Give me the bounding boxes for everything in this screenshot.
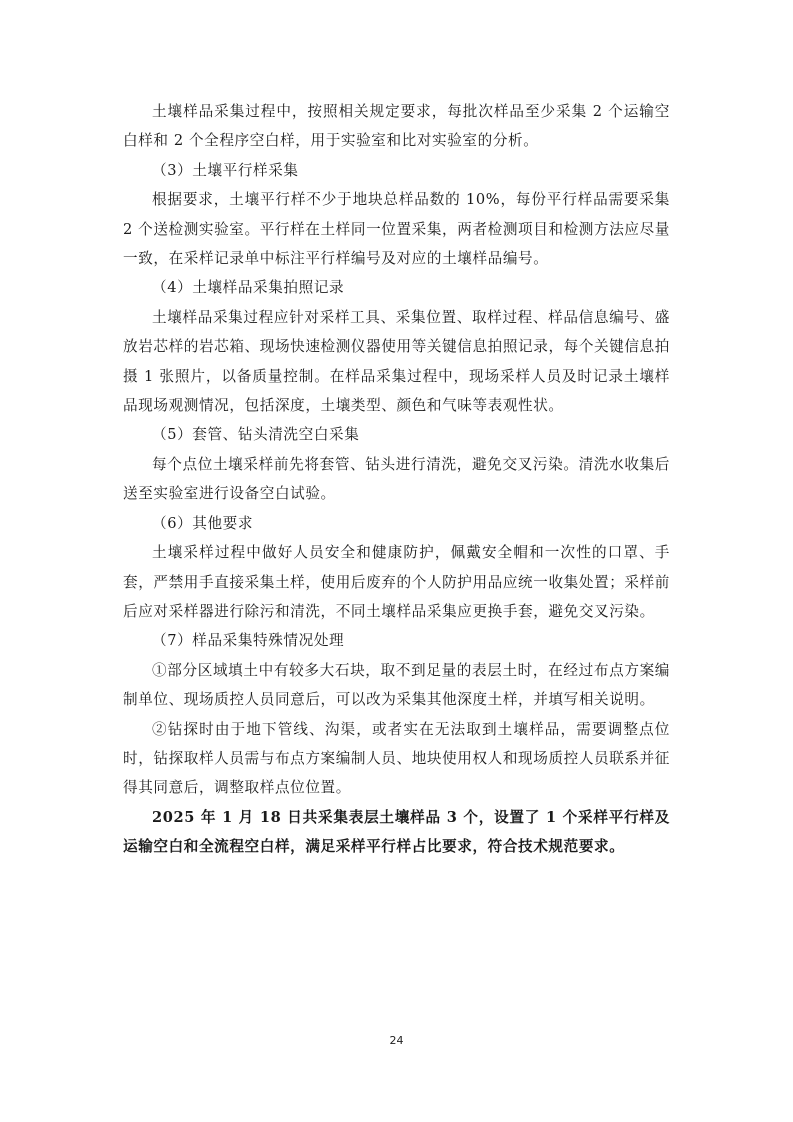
paragraph-parallel-samples: 根据要求，土壤平行样不少于地块总样品数的 10%，每份平行样品需要采集 2 个送… [123, 185, 670, 273]
page-number: 24 [0, 1034, 793, 1047]
heading-photo-records: （4）土壤样品采集拍照记录 [123, 273, 670, 302]
heading-special-cases: （7）样品采集特殊情况处理 [123, 626, 670, 655]
heading-parallel-samples: （3）土壤平行样采集 [123, 156, 670, 185]
paragraph-photo-records: 土壤样品采集过程应针对采样工具、采集位置、取样过程、样品信息编号、盛放岩芯样的岩… [123, 303, 670, 421]
paragraph-casing-cleaning: 每个点位土壤采样前先将套管、钻头进行清洗，避免交叉污染。清洗水收集后送至实验室进… [123, 450, 670, 509]
heading-casing-cleaning: （5）套管、钻头清洗空白采集 [123, 420, 670, 449]
paragraph-other-requirements: 土壤采样过程中做好人员安全和健康防护，佩戴安全帽和一次性的口罩、手套，严禁用手直… [123, 538, 670, 626]
document-page: 土壤样品采集过程中，按照相关规定要求，每批次样品至少采集 2 个运输空白样和 2… [123, 97, 670, 862]
paragraph-blank-samples: 土壤样品采集过程中，按照相关规定要求，每批次样品至少采集 2 个运输空白样和 2… [123, 97, 670, 156]
paragraph-summary-bold: 2025 年 1 月 18 日共采集表层土壤样品 3 个，设置了 1 个采样平行… [123, 803, 670, 862]
paragraph-special-case-2: ②钻探时由于地下管线、沟渠，或者实在无法取到土壤样品，需要调整点位时，钻探取样人… [123, 715, 670, 803]
paragraph-special-case-1: ①部分区域填土中有较多大石块，取不到足量的表层土时，在经过布点方案编制单位、现场… [123, 656, 670, 715]
heading-other-requirements: （6）其他要求 [123, 509, 670, 538]
